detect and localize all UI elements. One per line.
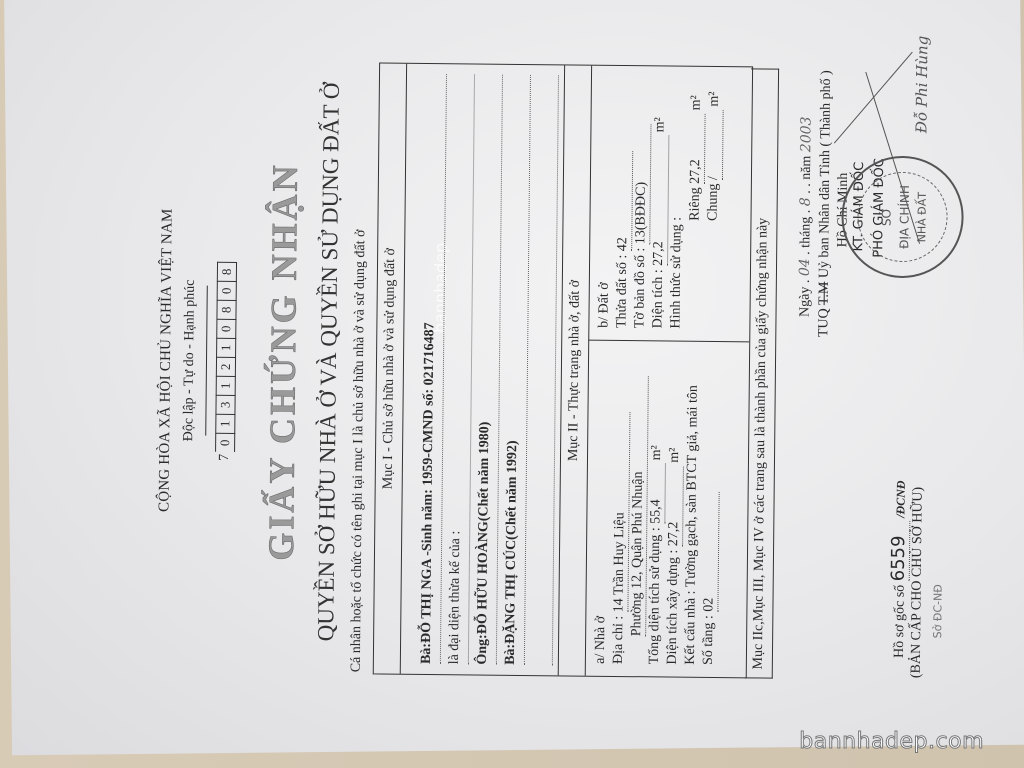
- site-watermark: bannhadep.com: [799, 729, 984, 754]
- total-area-field: Tổng diện tích sử dụng : 55,4 m²: [647, 445, 666, 664]
- map-sheet-field: Tờ bản đồ số : 13(BĐĐC): [632, 124, 651, 328]
- signing-date: Ngày . 04 . tháng . 8 . . năm 2003: [796, 116, 815, 317]
- shared-field: Chung / m²: [705, 91, 723, 221]
- motto: Độc lập - Tự do - Hạnh phúc: [178, 10, 201, 710]
- section-box: Mục I - Chủ sở hữu nhà ở và sử dụng đất …: [373, 62, 753, 678]
- document-title: GIẤY CHỨNG NHẬN: [258, 11, 307, 711]
- signer-name: Đỗ Phi Hùng: [912, 36, 931, 134]
- document-paper: CỘNG HÒA XÃ HỘI CHỦ NGHĨA VIỆT NAM Độc l…: [4, 0, 1024, 755]
- office-code: Sở ĐC-NĐ: [931, 584, 945, 638]
- section2: Mục II - Thực trạng nhà ở, đất ở a/ Nhà …: [558, 65, 752, 677]
- built-area-field: Diện tích xây dựng : 27,2 m²: [665, 448, 684, 665]
- footnote: Mục IIc,Mục III, Mục IV ở các trang sau …: [745, 68, 779, 678]
- plot-field: Thửa đất số : 42: [614, 151, 633, 328]
- floors-field: Số tầng : 02: [701, 492, 720, 665]
- serial-number: 7 0 1 3 1 2 1 0 8 0 8: [215, 262, 237, 461]
- header-divider: [205, 286, 208, 436]
- land-area-field: Diện tích : 27,2 m²: [650, 117, 669, 328]
- house-column: a/ Nhà ở Địa chỉ : 14 Trần Huy Liệu Phườ…: [585, 340, 750, 678]
- country-header: CỘNG HÒA XÃ HỘI CHỦ NGHĨA VIỆT NAM: [154, 10, 178, 710]
- certificate-sheet: CỘNG HÒA XÃ HỘI CHỦ NGHĨA VIỆT NAM Độc l…: [66, 9, 973, 718]
- usage-field: Hình thức sử dụng :: [668, 217, 685, 329]
- section1-heading: Mục I - Chủ sở hữu nhà ở và sử dụng đất …: [374, 63, 407, 673]
- issued-to: (BẢN CẤP CHO CHỦ SỞ HỮU): [909, 487, 927, 678]
- private-field: Riêng 27,2 m²: [687, 95, 705, 221]
- signature-stroke: [834, 52, 913, 144]
- intro-text: Cá nhân hoặc tổ chức có tên ghi tại mục …: [349, 230, 370, 673]
- official-stamp: SỞ ĐỊA CHÍNH NHÀ ĐẤT: [841, 155, 964, 278]
- land-column: b/ Đất ở Thửa đất số : 42 Tờ bản đồ số :…: [588, 66, 752, 342]
- blank-line: [526, 75, 559, 665]
- house-label: a/ Nhà ở: [593, 616, 610, 664]
- signing-authority: TUQ T.M Uỷ ban Nhân dân Tỉnh ( Thành phố…: [816, 70, 835, 337]
- address-line2: Phường 12, Quận Phú Nhuận: [629, 376, 649, 636]
- structure-field: Kết cấu nhà : Tường gạch, sàn BTCT giả, …: [683, 385, 702, 665]
- record-number: Hồ sơ gốc số 6559 /ĐCNĐ: [887, 480, 911, 658]
- document-subtitle: QUYỀN SỞ HỮU NHÀ Ở VÀ QUYỀN SỬ DỤNG ĐẤT …: [312, 12, 345, 712]
- land-label: b/ Đất ở: [596, 282, 612, 328]
- address-field: Địa chỉ : 14 Trần Huy Liệu: [611, 412, 631, 664]
